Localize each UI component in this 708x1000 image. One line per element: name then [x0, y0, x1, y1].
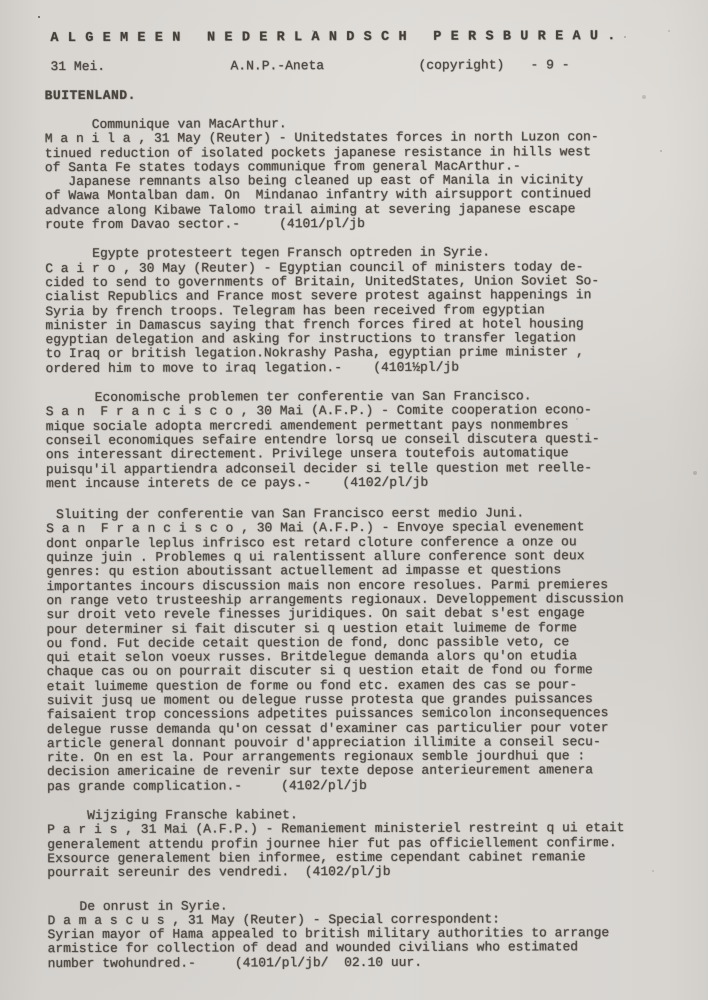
- article-body: S a n F r a n c i s c o , 30 Mai (A.F.P.…: [46, 520, 695, 794]
- section-heading: BUITENLAND.: [45, 86, 693, 103]
- article-body: C a i r o , 30 May (Reuter) - Egyptian c…: [45, 259, 693, 376]
- page-number: - 9 -: [530, 57, 569, 72]
- issue-date: 31 Mei.: [50, 59, 105, 74]
- article-egypt-protest: Egypte protesteert tegen Fransch optrede…: [45, 245, 693, 376]
- meta-line: 31 Mei. A.N.P.-Aneta (copyright) - 9 -: [44, 57, 692, 74]
- article-macarthur-communique: Communique van MacArthur. M a n i l a , …: [45, 116, 693, 233]
- article-french-cabinet: Wijziging Fransche kabinet. P a r i s , …: [47, 807, 695, 881]
- article-body: D a m a s c u s , 31 May (Reuter) - Spec…: [47, 912, 695, 971]
- masthead-title: A L G E M E E N N E D E R L A N D S C H …: [50, 29, 692, 46]
- scanned-bulletin-page: A L G E M E E N N E D E R L A N D S C H …: [0, 0, 708, 1000]
- article-economic-problems: Economische problemen ter conferentie va…: [46, 389, 694, 491]
- article-body: S a n F r a n c i s c o , 30 Mai (A.F.P.…: [46, 403, 694, 491]
- article-syria-unrest: De onrust in Syrie. D a m a s c u s , 31…: [47, 897, 695, 971]
- copyright-notice: (copyright): [418, 57, 504, 72]
- agency-name: A.N.P.-Aneta: [230, 58, 324, 73]
- article-conference-closing: Sluiting der conferentie van San Francis…: [46, 506, 695, 794]
- article-body: P a r i s , 31 Mai (A.F.P.) - Remaniemen…: [47, 821, 695, 880]
- article-body: M a n i l a , 31 May (Reuter) - Unitedst…: [45, 130, 693, 232]
